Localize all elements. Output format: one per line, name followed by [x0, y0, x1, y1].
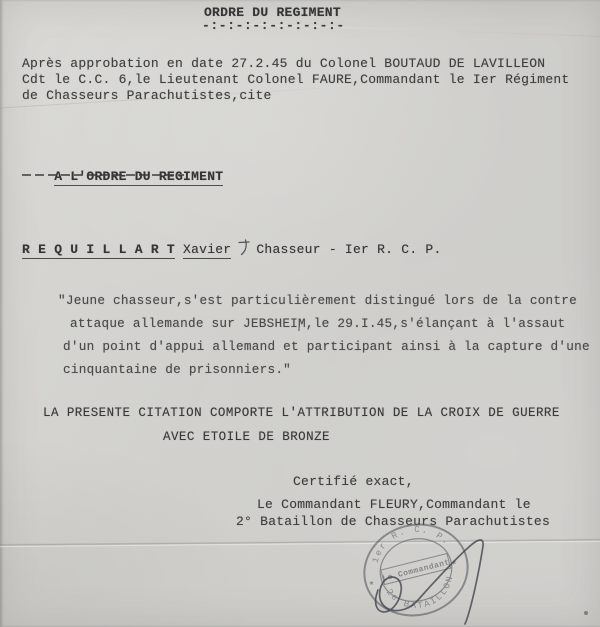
handwritten-mark-icon — [238, 239, 251, 256]
document-scan: ORDRE DU REGIMENT -:-:-:-:-:-:-:-:- Aprè… — [0, 0, 600, 627]
subject-first-name: Xavier — [183, 242, 231, 259]
subject-line: R E Q U I L L A R T XavierChasseur - Ier… — [22, 239, 442, 257]
intro-line: Cdt le C.C. 6,le Lieutenant Colonel FAUR… — [22, 73, 570, 87]
citation-line: d'un point d'appui allemand et participa… — [63, 340, 590, 354]
citation-line: "Jeune chasseur,s'est particulièrement d… — [58, 294, 577, 308]
subject-designation: Chasseur - Ier R. C. P. — [256, 242, 441, 257]
citation-line: cinquantaine de prisonniers." — [63, 363, 291, 377]
citation-line: attaque allemande sur JEBSHEIM,le 29.I.4… — [70, 317, 565, 331]
signature-scribble — [350, 528, 525, 627]
paper-speck — [584, 611, 588, 615]
intro-line: Après approbation en date 27.2.45 du Col… — [22, 57, 545, 71]
award-line: LA PRESENTE CITATION COMPORTE L'ATTRIBUT… — [43, 406, 560, 420]
section-heading-text: A L'ORDRE DU REGIMENT — [54, 170, 223, 186]
title-rule: -:-:-:-:-:-:-:-:- — [202, 19, 345, 33]
subject-surname: R E Q U I L L A R T — [22, 242, 175, 259]
certification-line: Le Commandant FLEURY,Commandant le — [257, 498, 531, 512]
heading-dashed-underline — [22, 174, 184, 176]
intro-line: de Chasseurs Parachutistes,cite — [22, 89, 272, 103]
award-line: AVEC ETOILE DE BRONZE — [163, 430, 330, 444]
certification-line: Certifié exact, — [293, 475, 414, 489]
section-heading: A L'ORDRE DU REGIMENT — [22, 156, 223, 200]
